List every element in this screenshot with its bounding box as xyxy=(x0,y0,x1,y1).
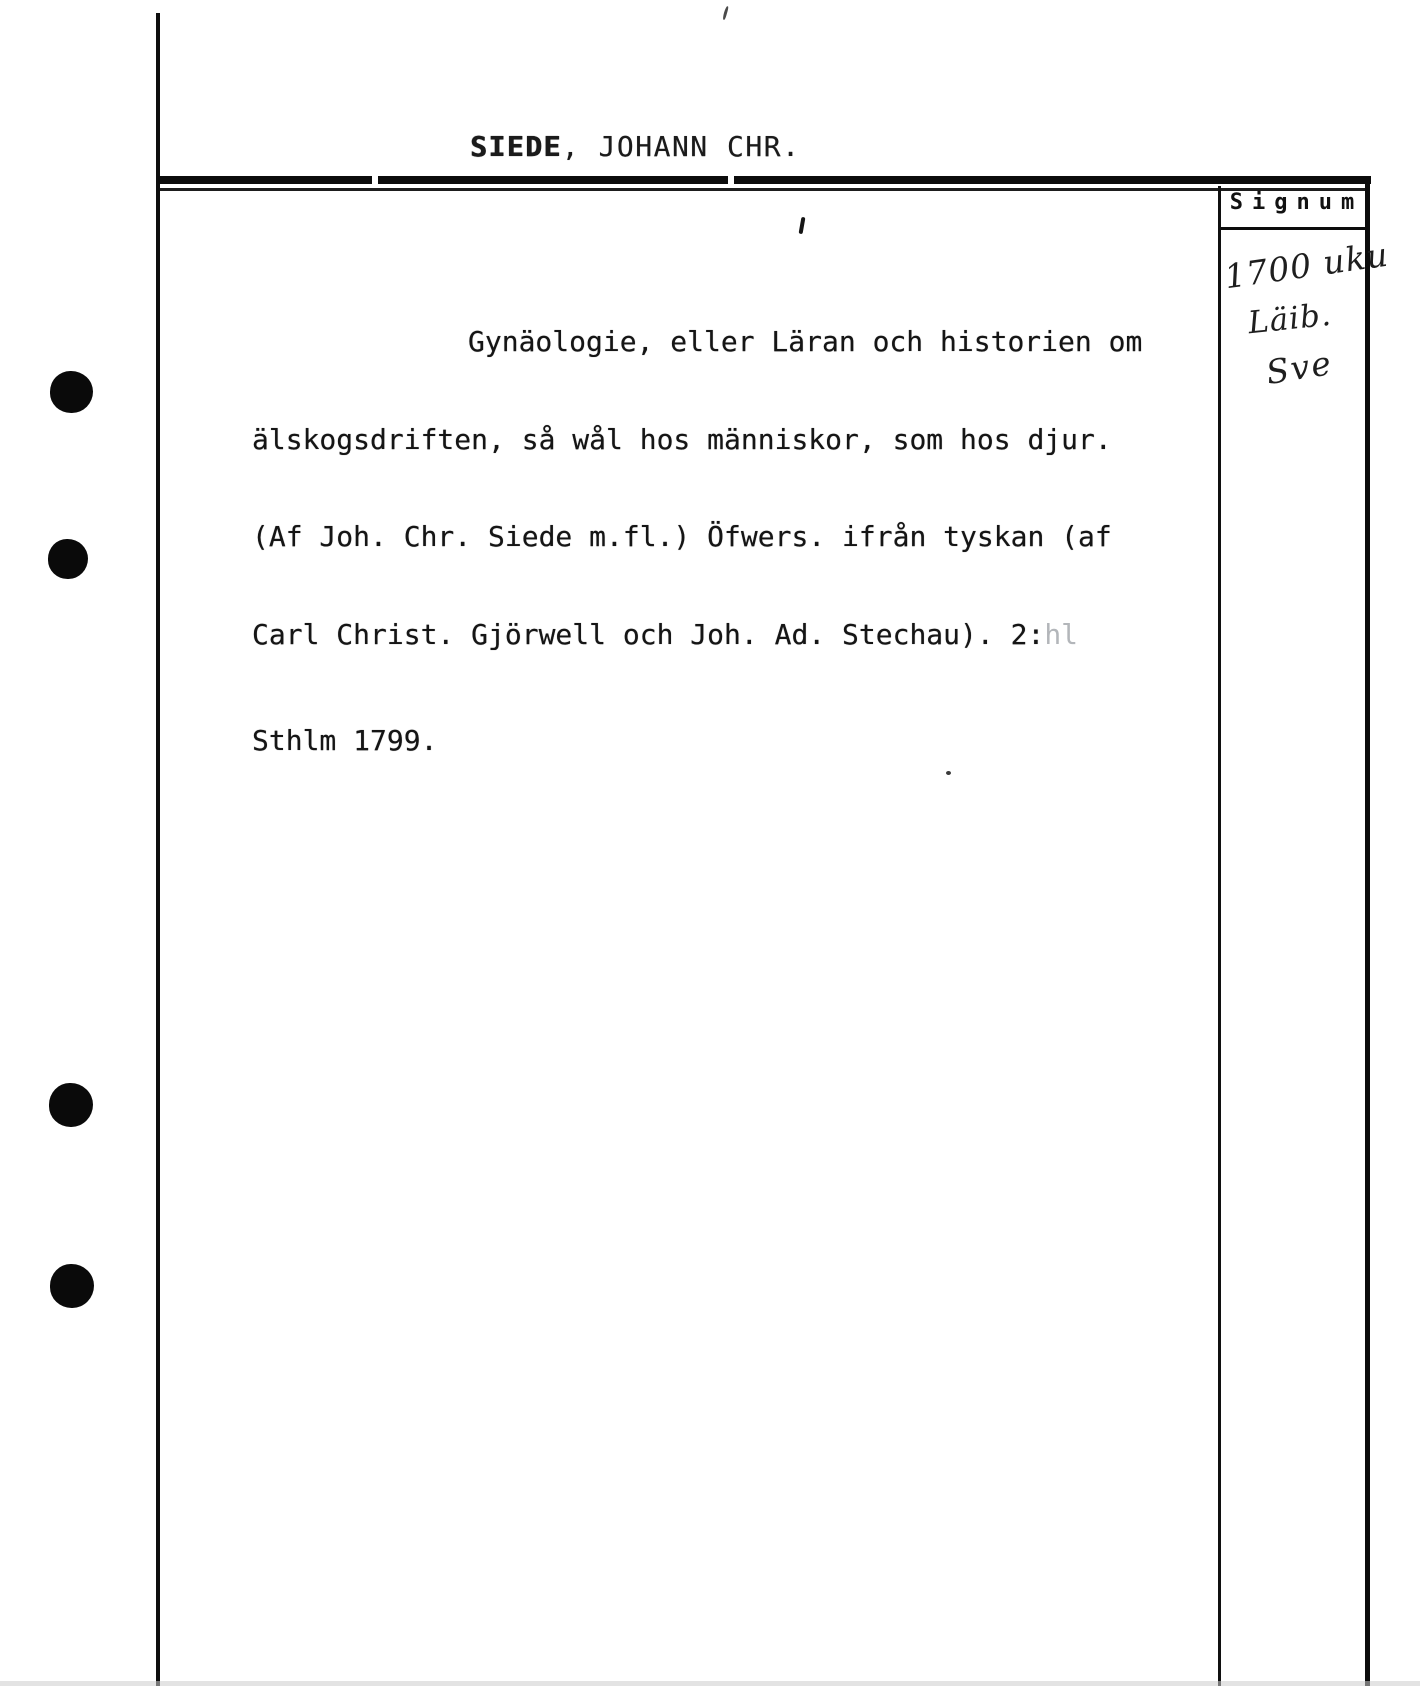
card-heading: SIEDE, JOHANN CHR. xyxy=(470,130,800,163)
faded-typewriter-text: hl xyxy=(1044,618,1078,651)
punch-hole xyxy=(48,539,88,579)
signum-column-header: Signum xyxy=(1219,190,1365,215)
entry-line-text: Carl Christ. Gjörwell och Joh. Ad. Stech… xyxy=(252,618,1044,651)
scan-noise-mark xyxy=(799,217,806,234)
scan-noise-mark xyxy=(722,6,729,20)
catalog-entry-text: Gynäologie, eller Läran och historien om… xyxy=(252,261,1182,823)
header-rule-thick xyxy=(158,176,1371,184)
entry-line: älskogsdriften, så wål hos människor, so… xyxy=(252,424,1182,457)
signum-header-underline xyxy=(1221,227,1365,230)
left-margin-rule xyxy=(156,13,160,1686)
scan-noise-dot xyxy=(946,771,951,775)
header-rule-thin xyxy=(160,188,1368,191)
header-rule-gap xyxy=(372,176,378,184)
handwritten-signum-line: Sve xyxy=(1263,343,1335,392)
header-rule-gap xyxy=(728,176,734,184)
author-name: SIEDE xyxy=(470,130,562,163)
handwritten-signum-line: Läib. xyxy=(1246,297,1333,342)
entry-line: Carl Christ. Gjörwell och Joh. Ad. Stech… xyxy=(252,619,1182,652)
catalog-card-scan: SIEDE, JOHANN CHR. Gynäologie, eller Lär… xyxy=(0,0,1420,1686)
punch-hole xyxy=(50,1264,94,1308)
entry-line: (Af Joh. Chr. Siede m.fl.) Öfwers. ifrån… xyxy=(252,521,1182,554)
punch-hole xyxy=(50,371,93,413)
signum-column-right-border xyxy=(1365,178,1370,1686)
punch-hole xyxy=(49,1083,93,1127)
author-name-rest: , JOHANN CHR. xyxy=(562,130,801,163)
entry-line: Sthlm 1799. xyxy=(252,725,1182,758)
entry-line: Gynäologie, eller Läran och historien om xyxy=(252,326,1182,359)
scan-bottom-edge xyxy=(0,1681,1420,1686)
signum-column-left-border xyxy=(1218,186,1221,1686)
